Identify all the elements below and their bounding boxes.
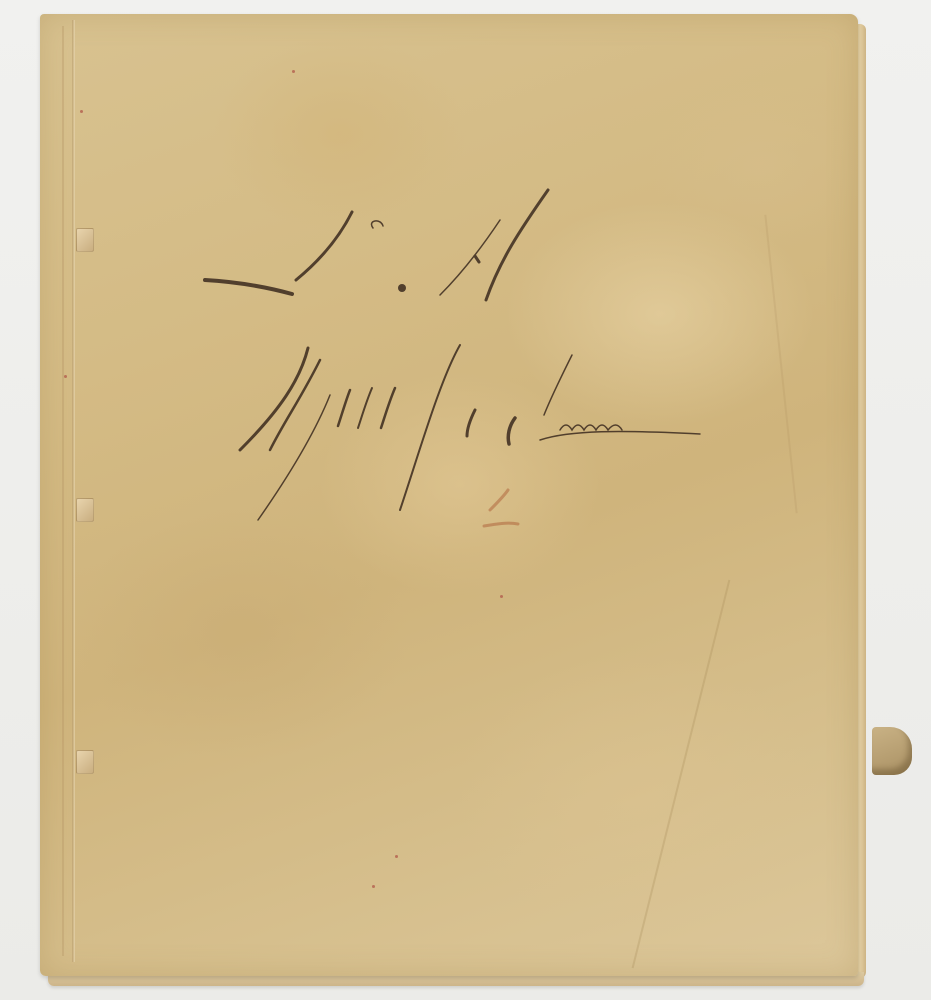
book-cover	[40, 14, 858, 976]
cover-crease	[764, 215, 797, 514]
spine-fold	[72, 20, 75, 962]
ink-speck	[64, 375, 67, 378]
vellum-book	[40, 14, 866, 986]
ink-speck	[372, 885, 375, 888]
inscription-line1: L. H	[0, 0, 1, 1]
ink-speck	[80, 110, 83, 113]
cover-crease	[632, 580, 731, 969]
ink-speck	[292, 70, 295, 73]
binding-tie-middle	[76, 498, 94, 522]
inscription-line2: Wijckerl Comma	[0, 0, 1, 1]
binding-tie-bottom	[76, 750, 94, 774]
leather-clasp-tab	[872, 727, 912, 775]
binding-tie-top	[76, 228, 94, 252]
ink-speck	[395, 855, 398, 858]
inscription-mark: L	[0, 0, 1, 1]
ink-speck	[500, 595, 503, 598]
spine-fold-line	[62, 26, 64, 956]
photo-background: L. H Wijckerl Comma L	[0, 0, 931, 1000]
